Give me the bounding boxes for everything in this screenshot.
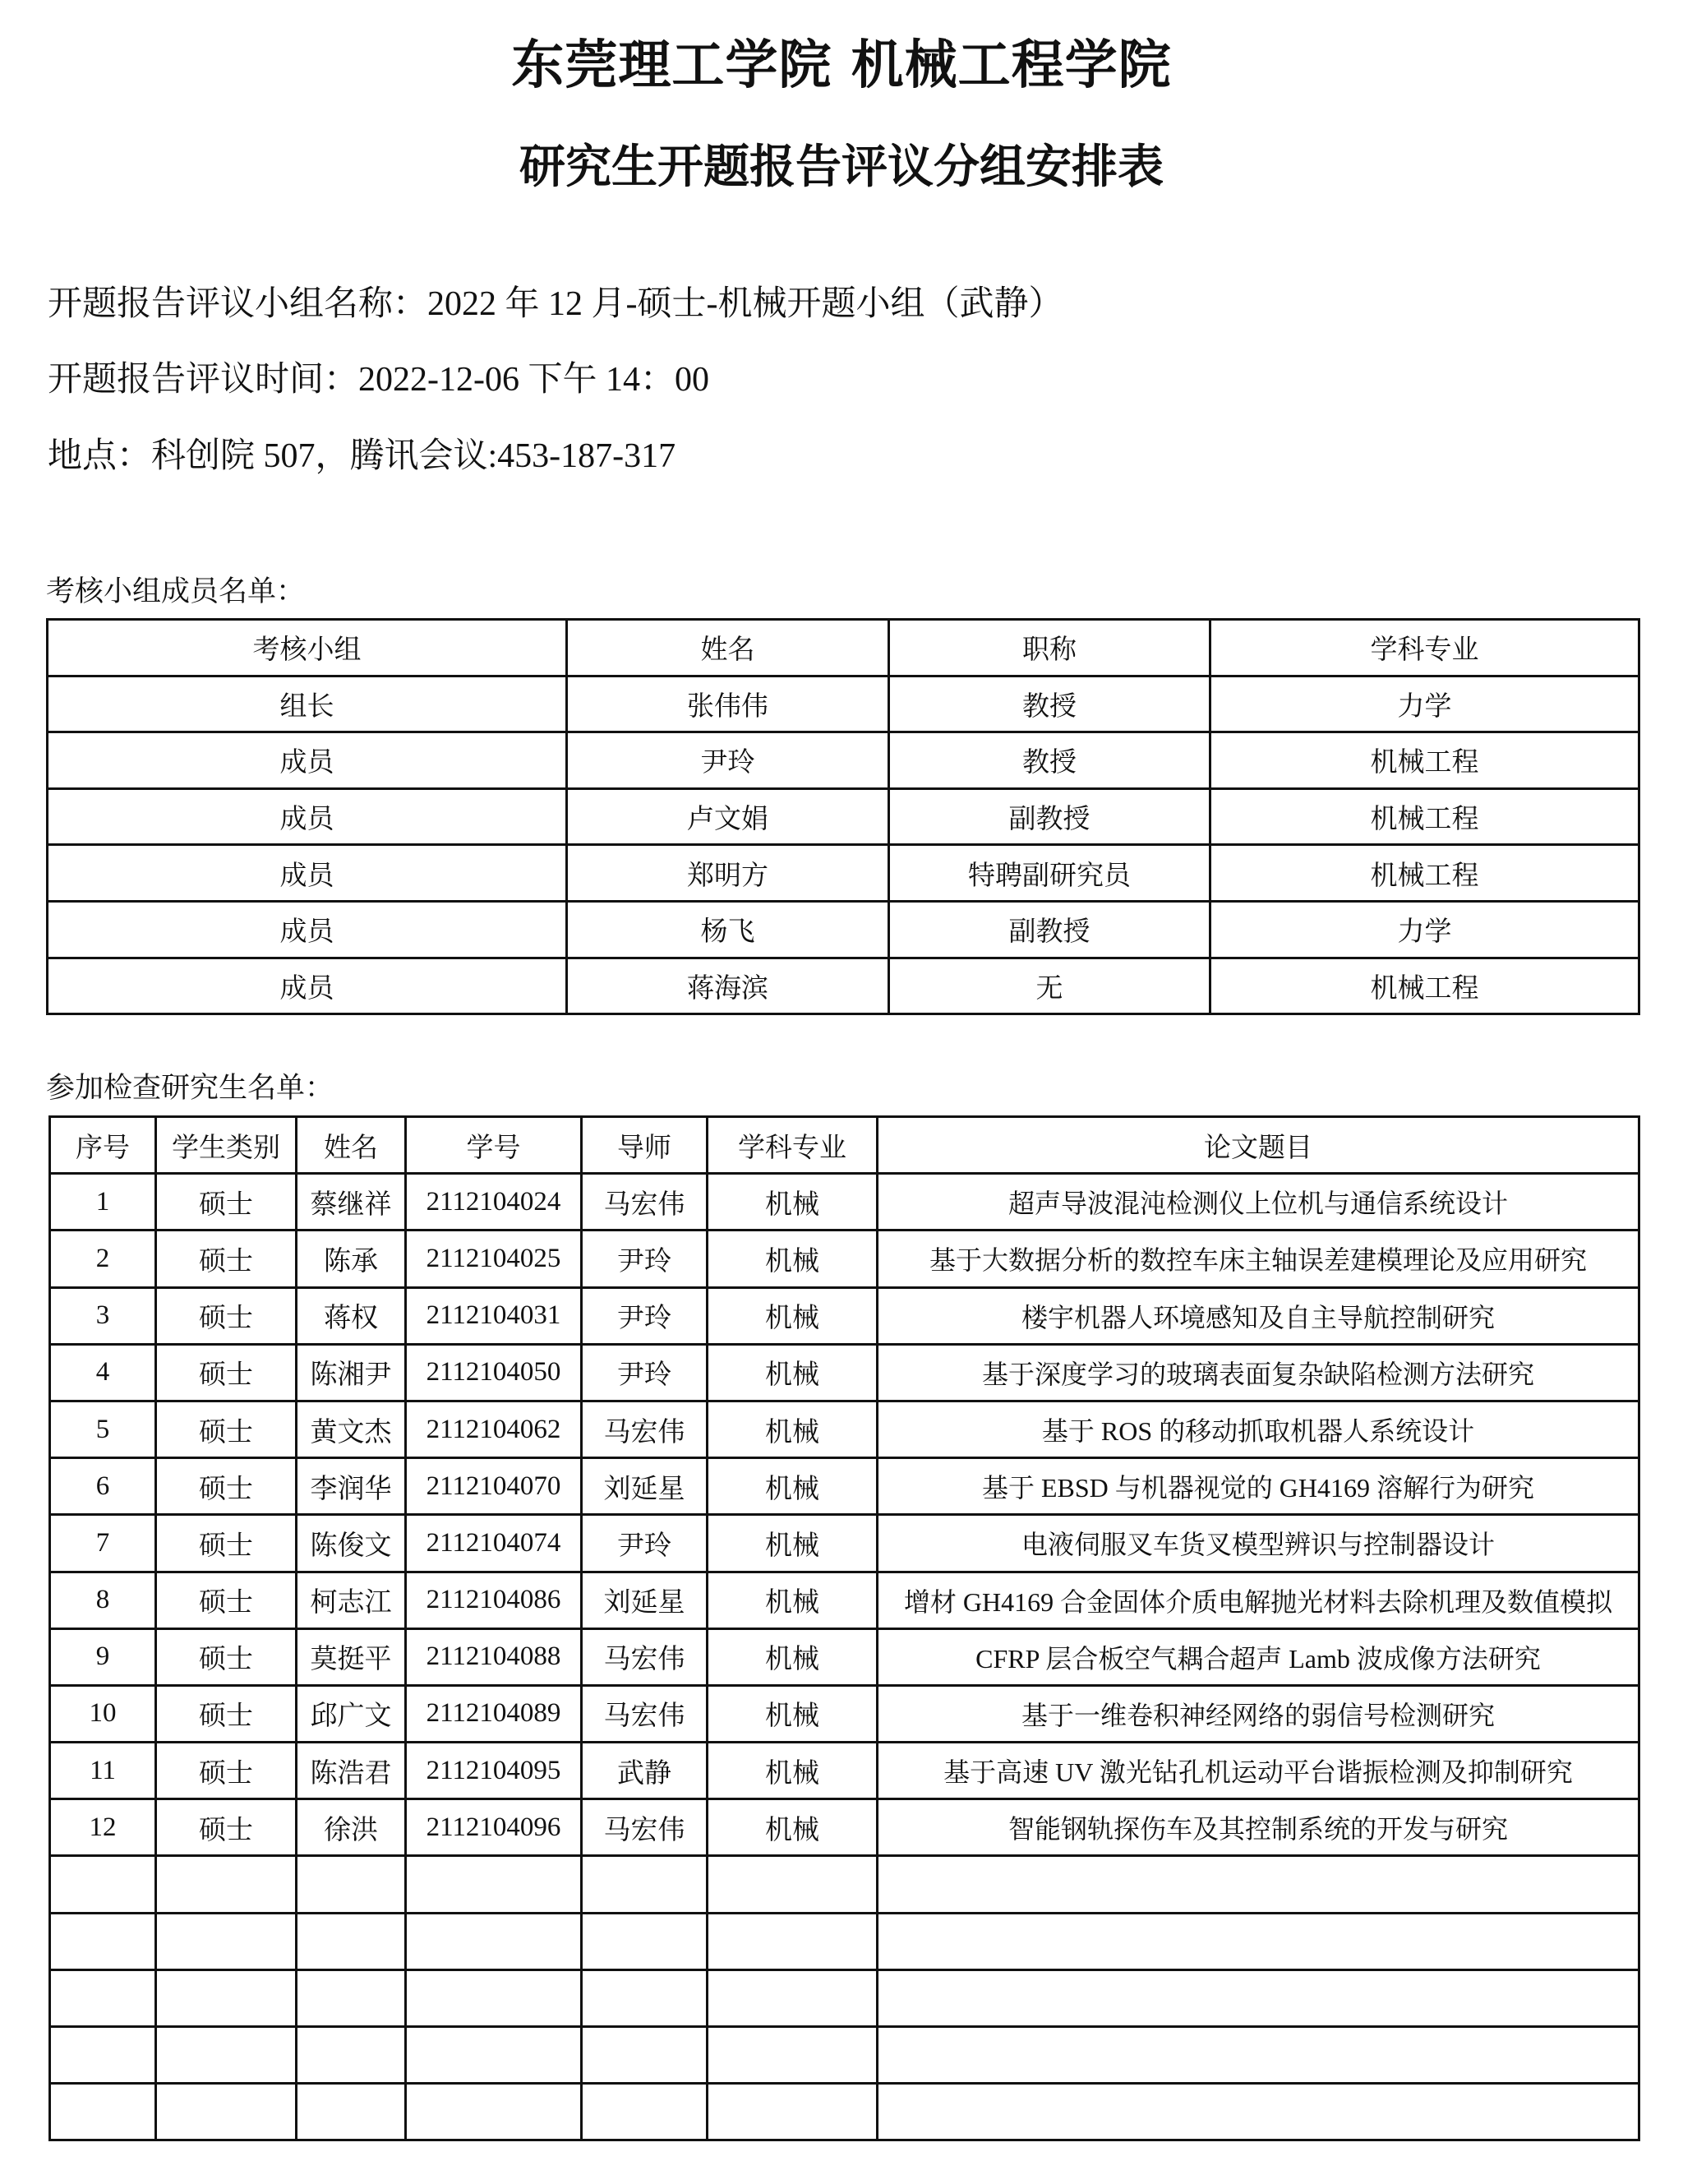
student-id: 2112104031 (406, 1287, 582, 1344)
student-major: 机械 (708, 1743, 878, 1799)
advisor-name: 刘延星 (582, 1458, 708, 1515)
empty-cell (878, 1969, 1639, 2026)
empty-cell (297, 2084, 406, 2140)
student-row: 10硕士邱广文2112104089马宏伟机械基于一维卷积神经网络的弱信号检测研究 (50, 1685, 1639, 1742)
row-number: 5 (50, 1401, 156, 1457)
member-role: 成员 (48, 788, 567, 845)
member-title: 教授 (889, 732, 1210, 789)
thesis-title: 楼宇机器人环境感知及自主导航控制研究 (878, 1287, 1639, 1344)
student-name: 蒋权 (297, 1287, 406, 1344)
row-number: 8 (50, 1572, 156, 1628)
member-major: 力学 (1210, 901, 1639, 958)
student-row: 8硕士柯志江2112104086刘延星机械增材 GH4169 合金固体介质电解抛… (50, 1572, 1639, 1628)
student-id: 2112104070 (406, 1458, 582, 1515)
member-major: 力学 (1210, 676, 1639, 732)
student-name: 陈承 (297, 1231, 406, 1287)
empty-cell (156, 1856, 297, 1913)
review-time-line: 开题报告评议时间：2022-12-06 下午 14：00 (48, 357, 709, 403)
student-type: 硕士 (156, 1458, 297, 1515)
empty-cell (297, 1969, 406, 2026)
student-row: 4硕士陈湘尹2112104050尹玲机械基于深度学习的玻璃表面复杂缺陷检测方法研… (50, 1344, 1639, 1401)
advisor-name: 尹玲 (582, 1287, 708, 1344)
page-subtitle: 研究生开题报告评议分组安排表 (0, 136, 1683, 199)
student-name: 李润华 (297, 1458, 406, 1515)
advisor-name: 马宏伟 (582, 1401, 708, 1457)
student-name: 莫挺平 (297, 1628, 406, 1685)
student-major: 机械 (708, 1401, 878, 1457)
member-major: 机械工程 (1210, 732, 1639, 789)
student-major: 机械 (708, 1287, 878, 1344)
empty-row (50, 1856, 1639, 1913)
empty-cell (297, 2027, 406, 2084)
member-name: 郑明方 (567, 845, 889, 902)
column-header: 学科专业 (1210, 620, 1639, 676)
column-header: 职称 (889, 620, 1210, 676)
thesis-title: 增材 GH4169 合金固体介质电解抛光材料去除机理及数值模拟 (878, 1572, 1639, 1628)
advisor-name: 尹玲 (582, 1231, 708, 1287)
committee-section-label: 考核小组成员名单： (46, 574, 305, 610)
students-section-label: 参加检查研究生名单： (46, 1070, 334, 1106)
empty-cell (50, 1969, 156, 2026)
student-type: 硕士 (156, 1401, 297, 1457)
thesis-title: 基于高速 UV 激光钻孔机运动平台谐振检测及抑制研究 (878, 1743, 1639, 1799)
student-type: 硕士 (156, 1743, 297, 1799)
row-number: 12 (50, 1799, 156, 1856)
empty-cell (406, 2027, 582, 2084)
empty-cell (406, 2084, 582, 2140)
student-major: 机械 (708, 1458, 878, 1515)
thesis-title: 智能钢轨探伤车及其控制系统的开发与研究 (878, 1799, 1639, 1856)
student-id: 2112104050 (406, 1344, 582, 1401)
student-name: 黄文杰 (297, 1401, 406, 1457)
empty-cell (297, 1913, 406, 1969)
row-number: 1 (50, 1174, 156, 1231)
advisor-name: 马宏伟 (582, 1628, 708, 1685)
column-header: 考核小组 (48, 620, 567, 676)
advisor-name: 马宏伟 (582, 1685, 708, 1742)
advisor-name: 尹玲 (582, 1515, 708, 1572)
student-row: 11硕士陈浩君2112104095武静机械基于高速 UV 激光钻孔机运动平台谐振… (50, 1743, 1639, 1799)
empty-cell (708, 2027, 878, 2084)
student-name: 邱广文 (297, 1685, 406, 1742)
student-type: 硕士 (156, 1515, 297, 1572)
empty-row (50, 2027, 1639, 2084)
member-title: 副教授 (889, 901, 1210, 958)
student-id: 2112104095 (406, 1743, 582, 1799)
student-name: 陈湘尹 (297, 1344, 406, 1401)
empty-row (50, 2084, 1639, 2140)
row-number: 4 (50, 1344, 156, 1401)
column-header: 学生类别 (156, 1117, 297, 1174)
committee-table: 考核小组 姓名 职称 学科专业 组长 张伟伟 教授 力学 成员 尹玲 教授 机械… (46, 618, 1640, 1015)
member-role: 成员 (48, 958, 567, 1014)
student-type: 硕士 (156, 1799, 297, 1856)
student-name: 陈俊文 (297, 1515, 406, 1572)
row-number: 11 (50, 1743, 156, 1799)
student-id: 2112104025 (406, 1231, 582, 1287)
student-row: 5硕士黄文杰2112104062马宏伟机械基于 ROS 的移动抓取机器人系统设计 (50, 1401, 1639, 1457)
students-table: 序号 学生类别 姓名 学号 导师 学科专业 论文题目 1硕士蔡继祥2112104… (48, 1115, 1640, 2141)
member-role: 成员 (48, 732, 567, 789)
column-header: 学号 (406, 1117, 582, 1174)
member-role: 组长 (48, 676, 567, 732)
student-name: 蔡继祥 (297, 1174, 406, 1231)
thesis-title: 基于深度学习的玻璃表面复杂缺陷检测方法研究 (878, 1344, 1639, 1401)
committee-row: 成员 尹玲 教授 机械工程 (48, 732, 1639, 789)
student-type: 硕士 (156, 1572, 297, 1628)
empty-cell (582, 1856, 708, 1913)
empty-row (50, 1913, 1639, 1969)
thesis-title: 电液伺服叉车货叉模型辨识与控制器设计 (878, 1515, 1639, 1572)
column-header: 学科专业 (708, 1117, 878, 1174)
thesis-title: 基于 EBSD 与机器视觉的 GH4169 溶解行为研究 (878, 1458, 1639, 1515)
thesis-title: 超声导波混沌检测仪上位机与通信系统设计 (878, 1174, 1639, 1231)
student-id: 2112104096 (406, 1799, 582, 1856)
student-name: 柯志江 (297, 1572, 406, 1628)
empty-cell (708, 2084, 878, 2140)
empty-cell (708, 1856, 878, 1913)
empty-cell (878, 1913, 1639, 1969)
student-major: 机械 (708, 1628, 878, 1685)
member-role: 成员 (48, 901, 567, 958)
student-id: 2112104088 (406, 1628, 582, 1685)
empty-cell (878, 2027, 1639, 2084)
students-header-row: 序号 学生类别 姓名 学号 导师 学科专业 论文题目 (50, 1117, 1639, 1174)
empty-cell (878, 2084, 1639, 2140)
committee-row: 组长 张伟伟 教授 力学 (48, 676, 1639, 732)
committee-row: 成员 蒋海滨 无 机械工程 (48, 958, 1639, 1014)
student-id: 2112104074 (406, 1515, 582, 1572)
advisor-name: 马宏伟 (582, 1174, 708, 1231)
student-type: 硕士 (156, 1628, 297, 1685)
student-name: 徐洪 (297, 1799, 406, 1856)
committee-header-row: 考核小组 姓名 职称 学科专业 (48, 620, 1639, 676)
member-title: 教授 (889, 676, 1210, 732)
empty-cell (156, 2084, 297, 2140)
empty-cell (582, 1913, 708, 1969)
page-title: 东莞理工学院 机械工程学院 (0, 33, 1683, 99)
empty-cell (406, 1856, 582, 1913)
empty-cell (156, 1913, 297, 1969)
student-type: 硕士 (156, 1231, 297, 1287)
empty-cell (156, 1969, 297, 2026)
column-header: 导师 (582, 1117, 708, 1174)
student-type: 硕士 (156, 1344, 297, 1401)
student-id: 2112104024 (406, 1174, 582, 1231)
student-row: 12硕士徐洪2112104096马宏伟机械智能钢轨探伤车及其控制系统的开发与研究 (50, 1799, 1639, 1856)
student-id: 2112104086 (406, 1572, 582, 1628)
student-row: 6硕士李润华2112104070刘延星机械基于 EBSD 与机器视觉的 GH41… (50, 1458, 1639, 1515)
advisor-name: 武静 (582, 1743, 708, 1799)
member-role: 成员 (48, 845, 567, 902)
member-name: 杨飞 (567, 901, 889, 958)
thesis-title: 基于 ROS 的移动抓取机器人系统设计 (878, 1401, 1639, 1457)
member-major: 机械工程 (1210, 845, 1639, 902)
member-title: 无 (889, 958, 1210, 1014)
student-major: 机械 (708, 1515, 878, 1572)
column-header: 序号 (50, 1117, 156, 1174)
member-title: 特聘副研究员 (889, 845, 1210, 902)
student-row: 2硕士陈承2112104025尹玲机械基于大数据分析的数控车床主轴误差建模理论及… (50, 1231, 1639, 1287)
student-id: 2112104062 (406, 1401, 582, 1457)
empty-cell (50, 2084, 156, 2140)
row-number: 7 (50, 1515, 156, 1572)
student-major: 机械 (708, 1231, 878, 1287)
empty-cell (156, 2027, 297, 2084)
group-name-line: 开题报告评议小组名称：2022 年 12 月-硕士-机械开题小组（武静） (48, 281, 1063, 327)
empty-cell (50, 1913, 156, 1969)
member-name: 张伟伟 (567, 676, 889, 732)
advisor-name: 刘延星 (582, 1572, 708, 1628)
student-row: 3硕士蒋权2112104031尹玲机械楼宇机器人环境感知及自主导航控制研究 (50, 1287, 1639, 1344)
student-row: 7硕士陈俊文2112104074尹玲机械电液伺服叉车货叉模型辨识与控制器设计 (50, 1515, 1639, 1572)
advisor-name: 尹玲 (582, 1344, 708, 1401)
student-major: 机械 (708, 1572, 878, 1628)
student-name: 陈浩君 (297, 1743, 406, 1799)
empty-cell (582, 2084, 708, 2140)
empty-cell (878, 1856, 1639, 1913)
empty-cell (297, 1856, 406, 1913)
student-major: 机械 (708, 1174, 878, 1231)
row-number: 3 (50, 1287, 156, 1344)
committee-row: 成员 郑明方 特聘副研究员 机械工程 (48, 845, 1639, 902)
column-header: 姓名 (567, 620, 889, 676)
row-number: 9 (50, 1628, 156, 1685)
member-name: 卢文娟 (567, 788, 889, 845)
column-header: 姓名 (297, 1117, 406, 1174)
member-major: 机械工程 (1210, 788, 1639, 845)
location-line: 地点：科创院 507，腾讯会议:453-187-317 (48, 433, 676, 479)
empty-cell (50, 1856, 156, 1913)
thesis-title: CFRP 层合板空气耦合超声 Lamb 波成像方法研究 (878, 1628, 1639, 1685)
student-major: 机械 (708, 1344, 878, 1401)
empty-cell (708, 1969, 878, 2026)
column-header: 论文题目 (878, 1117, 1639, 1174)
student-type: 硕士 (156, 1287, 297, 1344)
member-name: 蒋海滨 (567, 958, 889, 1014)
student-row: 9硕士莫挺平2112104088马宏伟机械CFRP 层合板空气耦合超声 Lamb… (50, 1628, 1639, 1685)
thesis-title: 基于一维卷积神经网络的弱信号检测研究 (878, 1685, 1639, 1742)
student-id: 2112104089 (406, 1685, 582, 1742)
empty-cell (708, 1913, 878, 1969)
student-type: 硕士 (156, 1174, 297, 1231)
student-type: 硕士 (156, 1685, 297, 1742)
row-number: 6 (50, 1458, 156, 1515)
member-major: 机械工程 (1210, 958, 1639, 1014)
student-major: 机械 (708, 1799, 878, 1856)
row-number: 10 (50, 1685, 156, 1742)
empty-cell (406, 1913, 582, 1969)
thesis-title: 基于大数据分析的数控车床主轴误差建模理论及应用研究 (878, 1231, 1639, 1287)
empty-cell (582, 2027, 708, 2084)
student-row: 1硕士蔡继祥2112104024马宏伟机械超声导波混沌检测仪上位机与通信系统设计 (50, 1174, 1639, 1231)
row-number: 2 (50, 1231, 156, 1287)
advisor-name: 马宏伟 (582, 1799, 708, 1856)
empty-cell (406, 1969, 582, 2026)
member-title: 副教授 (889, 788, 1210, 845)
empty-cell (50, 2027, 156, 2084)
committee-row: 成员 杨飞 副教授 力学 (48, 901, 1639, 958)
empty-cell (582, 1969, 708, 2026)
student-major: 机械 (708, 1685, 878, 1742)
committee-row: 成员 卢文娟 副教授 机械工程 (48, 788, 1639, 845)
empty-row (50, 1969, 1639, 2026)
member-name: 尹玲 (567, 732, 889, 789)
